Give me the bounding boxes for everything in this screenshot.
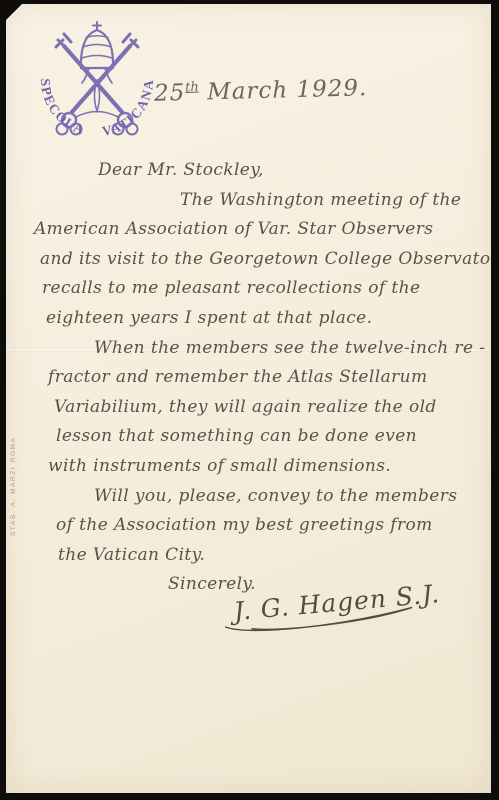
letter-line: Variabilium, they will again realize the…: [54, 393, 481, 423]
letter-line: fractor and remember the Atlas Stellarum: [48, 363, 481, 393]
salutation: Dear Mr. Stockley,: [98, 156, 481, 186]
letter-line: lesson that something can be done even: [56, 422, 481, 452]
letter-line: recalls to me pleasant recollections of …: [42, 274, 481, 304]
letter-line: the Vatican City.: [58, 541, 481, 571]
letter-line: American Association of Var. Star Observ…: [34, 215, 481, 245]
printer-mark: STAB. A. MARZI ROMA: [10, 398, 17, 536]
letter-line: and its visit to the Georgetown College …: [40, 245, 481, 275]
date-rest: March 1929.: [199, 75, 368, 105]
date-day: 25: [154, 80, 186, 107]
letter-body: Dear Mr. Stockley, The Washington meetin…: [34, 156, 481, 600]
letter-line: eighteen years I spent at that place.: [46, 304, 481, 334]
letter-line: When the members see the twelve-inch re …: [94, 334, 481, 364]
letter-line: Will you, please, convey to the members: [94, 482, 481, 512]
letter-line: of the Association my best greetings fro…: [56, 511, 481, 541]
letter-line: The Washington meeting of the: [180, 186, 481, 216]
letter-line: with instruments of small dimensions.: [48, 452, 481, 482]
date-ordinal: th: [185, 80, 199, 95]
specola-vaticana-stamp: SPECOLA VATICANA: [28, 20, 166, 150]
letter-paper: SPECOLA VATICANA 25th March 1929. Dear M…: [6, 4, 491, 793]
date-line: 25th March 1929.: [154, 75, 368, 107]
letter-photo: SPECOLA VATICANA 25th March 1929. Dear M…: [0, 0, 499, 800]
